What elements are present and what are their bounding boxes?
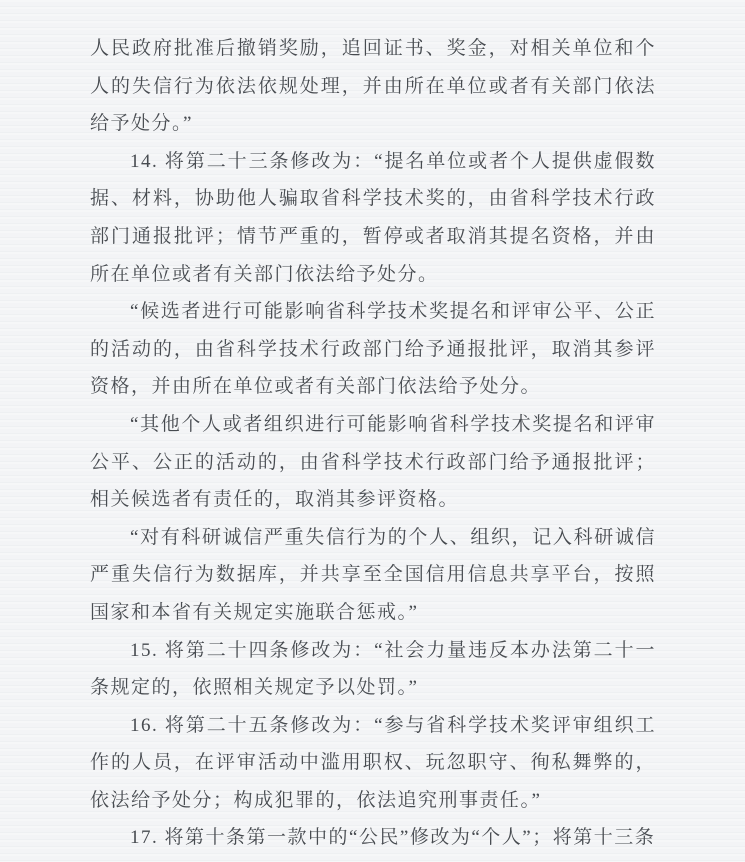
- paragraph: 人民政府批准后撤销奖励，追回证书、奖金，对相关单位和个人的失信行为依法依规处理，…: [90, 30, 656, 143]
- paragraph: 17. 将第十条第一款中的“公民”修改为“个人”；将第十三条: [90, 819, 656, 857]
- paragraph: “其他个人或者组织进行可能影响省科学技术奖提名和评审公平、公正的活动的，由省科学…: [90, 406, 656, 519]
- paragraph: 15. 将第二十四条修改为：“社会力量违反本办法第二十一条规定的，依照相关规定予…: [90, 632, 656, 707]
- paragraph: 14. 将第二十三条修改为：“提名单位或者个人提供虚假数据、材料，协助他人骗取省…: [90, 143, 656, 293]
- paragraph: “候选者进行可能影响省科学技术奖提名和评审公平、公正的活动的，由省科学技术行政部…: [90, 293, 656, 406]
- paragraph: “对有科研诚信严重失信行为的个人、组织，记入科研诚信严重失信行为数据库，并共享至…: [90, 519, 656, 632]
- document-body: 人民政府批准后撤销奖励，追回证书、奖金，对相关单位和个人的失信行为依法依规处理，…: [90, 30, 656, 857]
- document-page: 人民政府批准后撤销奖励，追回证书、奖金，对相关单位和个人的失信行为依法依规处理，…: [0, 0, 745, 862]
- paragraph: 16. 将第二十五条修改为：“参与省科学技术奖评审组织工作的人员，在评审活动中滥…: [90, 707, 656, 820]
